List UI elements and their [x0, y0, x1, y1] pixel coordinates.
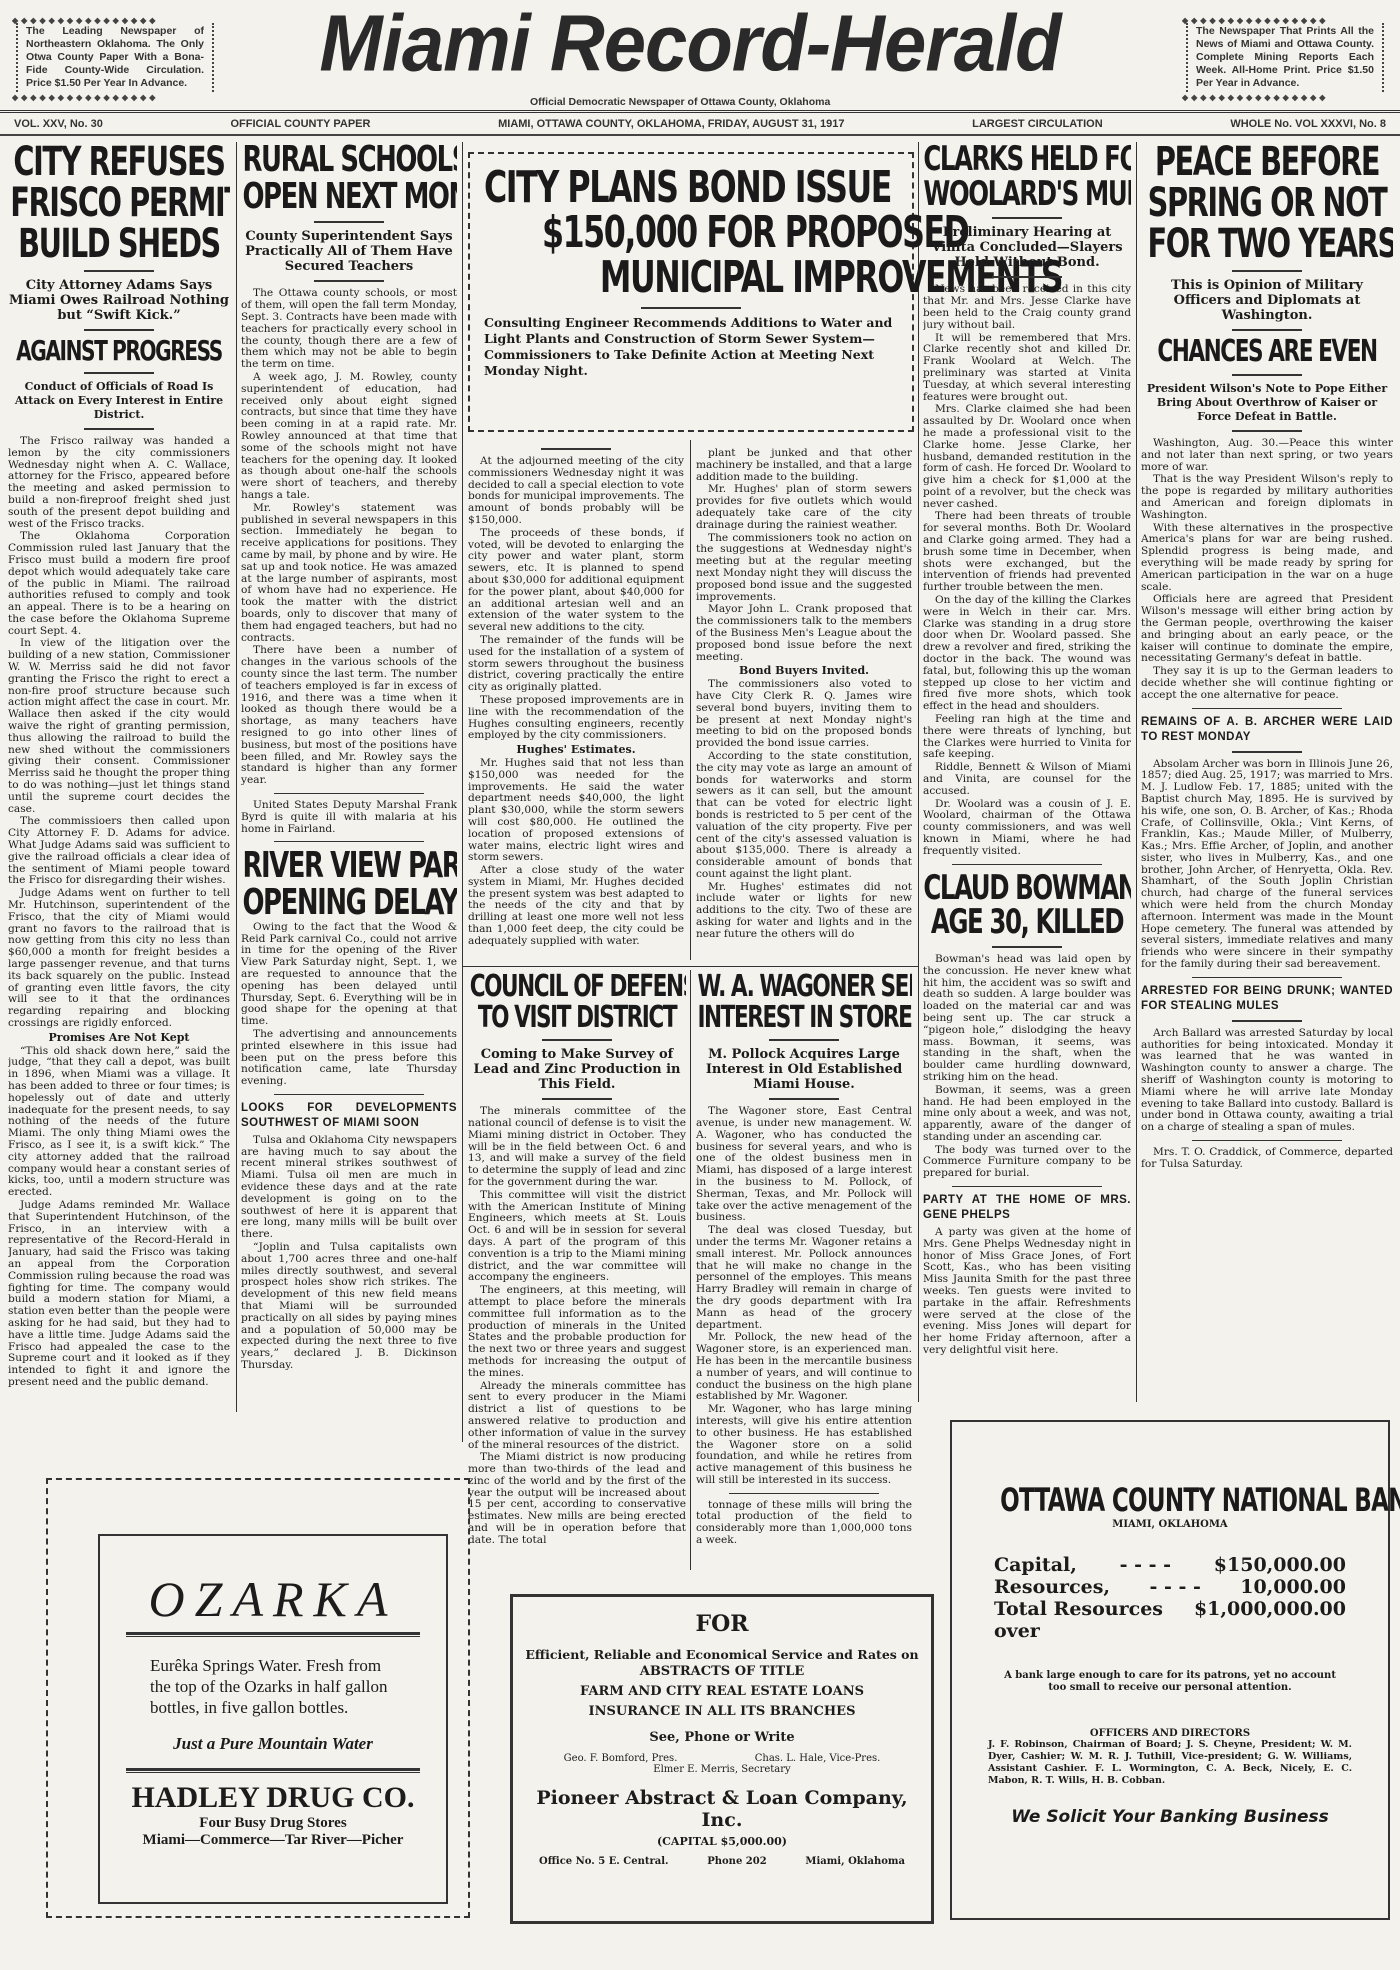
paragraph: The deal was closed Tuesday, but under t…: [696, 1225, 912, 1331]
deck: Conduct of Officials of Road Is Attack o…: [8, 380, 230, 422]
headline-phelps: PARTY AT THE HOME OF MRS. GENE PHELPS: [923, 1193, 1131, 1223]
bank-row-value: $1,000,000.00: [1194, 1598, 1346, 1642]
pioneer-company: Pioneer Abstract & Loan Company, Inc.: [525, 1787, 919, 1831]
paragraph: The commissioners took no action on the …: [696, 533, 912, 604]
ozarka-ad: OZARKA Eurêka Springs Water. Fresh from …: [98, 1534, 448, 1904]
newspaper-subtitle: Official Democratic Newspaper of Ottawa …: [530, 96, 830, 108]
divider: [84, 372, 154, 374]
column-rule: [462, 142, 463, 1442]
subhead: Promises Are Not Kept: [8, 1032, 230, 1044]
paragraph: Bowman, it seems, was a green hand. He h…: [923, 1085, 1131, 1144]
paragraph: The Frisco railway was handed a lemon by…: [8, 436, 230, 530]
paragraph: Mr. Hughes' estimates did not include wa…: [696, 882, 912, 941]
article-schools: RURAL SCHOOLS TO OPEN NEXT MONDAY County…: [241, 142, 457, 1422]
paragraph: Absolam Archer was born in Illinois June…: [1141, 759, 1393, 971]
bank-row-label: Capital,: [994, 1554, 1077, 1576]
pioneer-service: INSURANCE IN ALL ITS BRANCHES: [525, 1702, 919, 1722]
article-clarks: CLARKS HELD FOR WOOLARD'S MURDER Prelimi…: [923, 142, 1131, 1402]
paragraph: Mr. Hughes said that not less than $150,…: [468, 758, 684, 864]
headline: TO VISIT DISTRICT: [470, 1003, 685, 1034]
pioneer-contact: See, Phone or Write: [525, 1730, 919, 1745]
article-bond-col1: At the adjourned meeting of the city com…: [468, 442, 684, 958]
headline-riverview: OPENING DELAYED: [242, 885, 455, 922]
bank-row: Total Resources over $1,000,000.00: [994, 1598, 1346, 1642]
headline-riverview: RIVER VIEW PARK: [242, 848, 455, 885]
paragraph: tonnage of these mills will bring the to…: [696, 1500, 912, 1547]
pioneer-capital: (CAPITAL $5,000.00): [525, 1835, 919, 1848]
ozarka-brand: OZARKA: [116, 1570, 430, 1628]
article-frisco: CITY REFUSES FRISCO PERMIT BUILD SHEDS C…: [8, 142, 230, 1402]
divider: [314, 280, 384, 282]
paragraph: Already the minerals committee has sent …: [468, 1381, 686, 1452]
bank-row-value: $150,000.00: [1214, 1554, 1346, 1576]
divider: [769, 1039, 839, 1041]
divider: [952, 1186, 1102, 1187]
whole-number: WHOLE No. VOL XXXVI, No. 8: [1230, 118, 1386, 130]
deck: Preliminary Hearing at Vinita Concluded—…: [923, 225, 1131, 270]
paragraph: There had been threats of trouble for se…: [923, 511, 1131, 594]
column-rule: [690, 440, 691, 960]
paragraph: With these alternatives in the prospecti…: [1141, 523, 1393, 594]
headline-archer: REMAINS OF A. B. ARCHER WERE LAID TO RES…: [1141, 715, 1393, 745]
bank-row-value: 10,000.00: [1240, 1576, 1346, 1598]
divider: [769, 1098, 839, 1100]
article-bond-col2: plant be junked and that other machinery…: [696, 448, 912, 958]
headline: INTEREST IN STORE: [697, 1003, 910, 1034]
pioneer-city: Miami, Oklahoma: [805, 1856, 905, 1867]
paragraph: A week ago, J. M. Rowley, county superin…: [241, 372, 457, 502]
pioneer-address: Office No. 5 E. Central. Phone 202 Miami…: [525, 1856, 919, 1867]
bank-row-dashes: - - - -: [1149, 1576, 1200, 1598]
bank-slogan: We Solicit Your Banking Business: [974, 1807, 1366, 1827]
paragraph: Officials here are agreed that President…: [1141, 594, 1393, 665]
divider: [84, 270, 154, 272]
dateline-bar: VOL. XXV, No. 30 OFFICIAL COUNTY PAPER M…: [0, 110, 1400, 136]
paragraph: Arch Ballard was arrested Saturday by lo…: [1141, 1028, 1393, 1134]
paragraph: Mr. Hughes' plan of storm sewers provide…: [696, 484, 912, 531]
paragraph: Judge Adams went on further to tell Mr. …: [8, 888, 230, 1030]
paragraph: The minerals committee of the national c…: [468, 1106, 686, 1189]
paragraph: The commissioners also voted to have Cit…: [696, 679, 912, 750]
paragraph: Mrs. Clarke claimed she had been assault…: [923, 404, 1131, 510]
headline: W. A. WAGONER SELLS: [697, 972, 910, 1003]
paragraph: Bowman's head was laid open by the concu…: [923, 954, 1131, 1084]
headline: FOR TWO YEARS: [1147, 224, 1386, 265]
deck: President Wilson's Note to Pope Either B…: [1141, 382, 1393, 424]
deck: Coming to Make Survey of Lead and Zinc P…: [468, 1047, 686, 1092]
paragraph: The commissioers then called upon City A…: [8, 816, 230, 887]
bank-ad: OTTAWA COUNTY NATIONAL BANK MIAMI, OKLAH…: [950, 1420, 1390, 1920]
paragraph: In view of the litigation over the build…: [8, 638, 230, 815]
divider: [274, 841, 424, 842]
paragraph: Owing to the fact that the Wood & Reid P…: [241, 922, 457, 1028]
pioneer-vice-president: Chas. L. Hale, Vice-Pres.: [755, 1753, 881, 1764]
official-paper: OFFICIAL COUNTY PAPER: [231, 118, 371, 130]
headline: PEACE BEFORE: [1147, 142, 1386, 183]
divider: [1232, 329, 1302, 331]
divider: [84, 329, 154, 331]
headline: BUILD SHEDS: [10, 224, 227, 265]
paragraph: That is the way President Wilson's reply…: [1141, 474, 1393, 521]
divider: [274, 793, 424, 794]
hadley-sub: Four Busy Drug Stores: [116, 1815, 430, 1832]
pioneer-president: Geo. F. Bomford, Pres.: [564, 1753, 678, 1764]
column-rule: [918, 142, 919, 1402]
deck: Consulting Engineer Recommends Additions…: [484, 315, 898, 379]
paragraph: Mr. Wagoner, who has large mining intere…: [696, 1404, 912, 1487]
divider: [992, 946, 1062, 948]
paragraph: Riddle, Bennett & Wilson of Miami and Vi…: [923, 762, 1131, 797]
paragraph: Feeling ran high at the time and there w…: [923, 714, 1131, 761]
bank-row: Capital, - - - - $150,000.00: [994, 1554, 1346, 1576]
paragraph: After a close study of the water system …: [468, 865, 684, 948]
paragraph: The body was turned over to the Commerce…: [923, 1145, 1131, 1180]
section-rule: [462, 966, 918, 967]
deck: M. Pollock Acquires Large Interest in Ol…: [696, 1047, 912, 1092]
bank-name: OTTAWA COUNTY NATIONAL BANK: [1000, 1484, 1340, 1517]
headline: CITY REFUSES: [10, 142, 227, 183]
left-ear-text: The Leading Newspaper of Northeastern Ok…: [16, 23, 214, 92]
divider: [314, 221, 384, 223]
pioneer-line1: Efficient, Reliable and Economical Servi…: [525, 1647, 919, 1662]
paragraph: The Miami district is now producing more…: [468, 1452, 686, 1546]
paragraph: The remainder of the funds will be used …: [468, 635, 684, 694]
bank-figures: Capital, - - - - $150,000.00 Resources, …: [974, 1554, 1366, 1642]
deck: County Superintendent Says Practically A…: [241, 229, 457, 274]
ad-divider: [126, 1768, 420, 1773]
bank-city: MIAMI, OKLAHOMA: [974, 1519, 1366, 1530]
bank-row-label: Resources,: [994, 1576, 1110, 1598]
divider: [1232, 374, 1302, 376]
bank-row-label: Total Resources over: [994, 1598, 1194, 1642]
divider: [1232, 1020, 1302, 1022]
pioneer-service: FARM AND CITY REAL ESTATE LOANS: [525, 1682, 919, 1702]
divider: [1232, 270, 1302, 272]
hadley-locations: Miami—Commerce—Tar River—Picher: [116, 1832, 430, 1849]
headline: RURAL SCHOOLS TO: [242, 142, 455, 179]
ozarka-tagline: Just a Pure Mountain Water: [116, 1734, 430, 1754]
paragraph: The advertising and announcements printe…: [241, 1029, 457, 1088]
headline: SPRING OR NOT: [1147, 183, 1386, 224]
divider: [992, 217, 1062, 219]
paragraph: On the day of the killing the Clarkes we…: [923, 595, 1131, 713]
ozarka-body: Eurêka Springs Water. Fresh from the top…: [116, 1655, 430, 1718]
paragraph: Washington, Aug. 30.—Peace this winter a…: [1141, 438, 1393, 473]
byrd-item: United States Deputy Marshal Frank Byrd …: [241, 800, 457, 835]
divider: [84, 428, 154, 430]
divider: [541, 448, 611, 450]
paragraph: There have been a number of changes in t…: [241, 645, 457, 787]
pioneer-office: Office No. 5 E. Central.: [539, 1856, 669, 1867]
pioneer-officers: Geo. F. Bomford, Pres. Chas. L. Hale, Vi…: [525, 1753, 919, 1764]
divider: [274, 1094, 424, 1095]
article-wagoner: W. A. WAGONER SELLS INTEREST IN STORE M.…: [696, 972, 912, 1572]
divider: [1192, 977, 1342, 978]
headline-secondary: CHANCES ARE EVEN: [1147, 337, 1386, 368]
divider: [542, 1098, 612, 1100]
paragraph: At the adjourned meeting of the city com…: [468, 456, 684, 527]
bank-officers: J. F. Robinson, Chairman of Board; J. S.…: [974, 1739, 1366, 1787]
headline: CLARKS HELD FOR: [923, 142, 1130, 177]
pioneer-for: FOR: [525, 1611, 919, 1637]
headline: CITY PLANS BOND ISSUE: [484, 166, 782, 211]
column-rule: [236, 142, 237, 1412]
paragraph: These proposed improvements are in line …: [468, 695, 684, 742]
column-rule: [1136, 142, 1137, 1402]
headline-secondary: AGAINST PROGRESS: [10, 337, 227, 366]
headline: OPEN NEXT MONDAY: [242, 179, 455, 216]
craddick-item: Mrs. T. O. Craddick, of Commerce, depart…: [1141, 1147, 1393, 1171]
divider: [992, 276, 1062, 278]
paragraph: Mr. Pollock, the new head of the Wagoner…: [696, 1332, 912, 1403]
newspaper-title: Miami Record-Herald: [300, 0, 1080, 89]
bond-headline-box: CITY PLANS BOND ISSUE $150,000 FOR PROPO…: [468, 152, 914, 432]
divider: [1192, 708, 1342, 709]
divider: [729, 1493, 879, 1494]
bank-motto: A bank large enough to care for its patr…: [994, 1670, 1346, 1694]
right-ear-text: The Newspaper That Prints All the News o…: [1186, 23, 1384, 92]
divider: [1192, 1140, 1342, 1141]
paragraph: A party was given at the home of Mrs. Ge…: [923, 1227, 1131, 1357]
paragraph: It will be remembered that Mrs. Clarke r…: [923, 333, 1131, 404]
deck: City Attorney Adams Says Miami Owes Rail…: [8, 278, 230, 323]
paragraph: Dr. Woolard was a cousin of J. E. Woolar…: [923, 799, 1131, 858]
bank-row: Resources, - - - - 10,000.00: [994, 1576, 1346, 1598]
paragraph: The proceeds of these bonds, if voted, w…: [468, 528, 684, 634]
divider: [952, 864, 1102, 865]
headline-developments: LOOKS FOR DEVELOPMENTS SOUTHWEST OF MIAM…: [241, 1101, 457, 1131]
paragraph: This committee will visit the district w…: [468, 1190, 686, 1284]
paragraph: The engineers, at this meeting, will att…: [468, 1285, 686, 1379]
subhead: Bond Buyers Invited.: [696, 665, 912, 677]
headline: FRISCO PERMIT: [10, 183, 227, 224]
right-ear-box: The Newspaper That Prints All the News o…: [1176, 18, 1394, 98]
paragraph: “Joplin and Tulsa capitalists own about …: [241, 1242, 457, 1372]
paragraph: Mayor John L. Crank proposed that the co…: [696, 604, 912, 663]
date: MIAMI, OTTAWA COUNTY, OKLAHOMA, FRIDAY, …: [498, 118, 844, 130]
paragraph: They say it is up to the German leaders …: [1141, 666, 1393, 701]
ad-divider: [126, 1632, 420, 1637]
pioneer-service: ABSTRACTS OF TITLE: [525, 1662, 919, 1682]
article-council: COUNCIL OF DEFENSE TO VISIT DISTRICT Com…: [468, 972, 686, 1572]
headline-bowman: CLAUD BOWMAN,: [923, 871, 1130, 906]
paragraph: “This old shack down here,” said the jud…: [8, 1046, 230, 1199]
paragraph: Judge Adams reminded Mr. Wallace that Su…: [8, 1200, 230, 1389]
circulation: LARGEST CIRCULATION: [972, 118, 1103, 130]
divider: [542, 1039, 612, 1041]
paragraph: The Wagoner store, East Central avenue, …: [696, 1106, 912, 1224]
pioneer-phone: Phone 202: [707, 1856, 766, 1867]
volume: VOL. XXV, No. 30: [14, 118, 103, 130]
left-ear-box: The Leading Newspaper of Northeastern Ok…: [6, 18, 224, 98]
headline-bowman: AGE 30, KILLED: [923, 905, 1130, 940]
paragraph: Mr. Rowley's statement was published in …: [241, 503, 457, 645]
headline: COUNCIL OF DEFENSE: [470, 972, 685, 1003]
headline: MUNICIPAL IMPROVEMENTS: [600, 256, 898, 301]
bank-officers-title: OFFICERS AND DIRECTORS: [974, 1728, 1366, 1739]
divider: [1232, 430, 1302, 432]
newspaper-page: The Leading Newspaper of Northeastern Ok…: [0, 0, 1400, 1970]
deck: This is Opinion of Military Officers and…: [1141, 278, 1393, 323]
headline-ballard: ARRESTED FOR BEING DRUNK; WANTED FOR STE…: [1141, 984, 1393, 1014]
article-peace: PEACE BEFORE SPRING OR NOT FOR TWO YEARS…: [1141, 142, 1393, 1402]
hadley-company: HADLEY DRUG CO.: [116, 1781, 430, 1815]
paragraph: The Ottawa county schools, or most of th…: [241, 288, 457, 371]
divider: [1232, 751, 1302, 753]
column-rule: [690, 970, 691, 1570]
headline: $150,000 FOR PROPOSED: [542, 211, 840, 256]
pioneer-secretary: Elmer E. Merris, Secretary: [525, 1764, 919, 1775]
subhead: Hughes' Estimates.: [468, 744, 684, 756]
paragraph: According to the state constitution, the…: [696, 751, 912, 881]
paragraph: The Oklahoma Corporation Commission rule…: [8, 531, 230, 637]
headline: WOOLARD'S MURDER: [923, 177, 1130, 212]
pioneer-ad: FOR Efficient, Reliable and Economical S…: [510, 1594, 934, 1924]
paragraph: News has been received in this city that…: [923, 284, 1131, 331]
divider: [641, 307, 741, 309]
paragraph: plant be junked and that other machinery…: [696, 448, 912, 483]
paragraph: Tulsa and Oklahoma City newspapers are h…: [241, 1135, 457, 1241]
bank-row-dashes: - - - -: [1120, 1554, 1171, 1576]
